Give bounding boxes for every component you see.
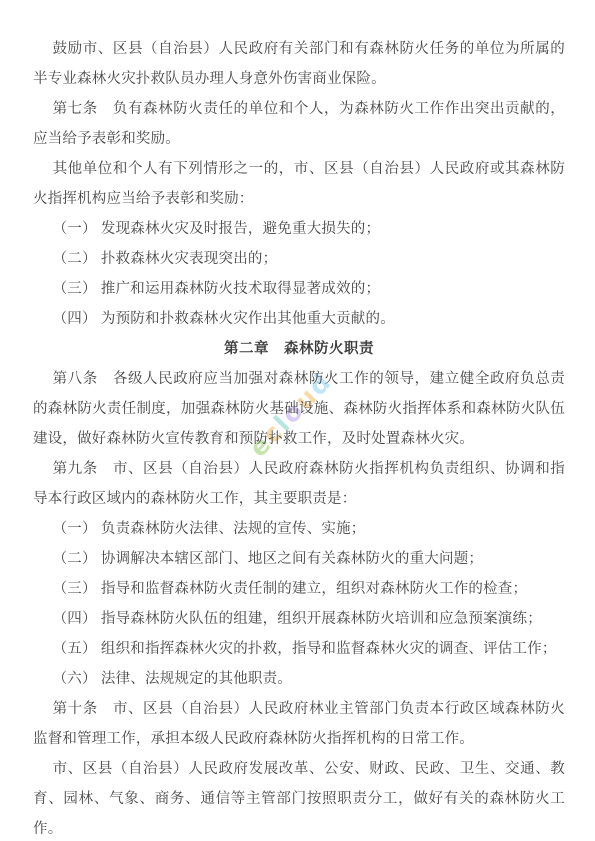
list-item: （四） 为预防和扑救森林火灾作出其他重大贡献的。 <box>33 304 565 334</box>
list-item: （一） 负责森林防火法律、法规的宣传、实施； <box>33 514 565 544</box>
list-item: （二） 扑救森林火灾表现突出的； <box>33 244 565 274</box>
paragraph: 第九条 市、区县（自治县）人民政府森林防火指挥机构负责组织、协调和指导本行政区域… <box>33 454 565 514</box>
list-item: （二） 协调解决本辖区部门、地区之间有关森林防火的重大问题； <box>33 544 565 574</box>
chapter-heading: 第二章 森林防火职责 <box>33 334 565 364</box>
paragraph: 第七条 负有森林防火责任的单位和个人，为森林防火工作作出突出贡献的，应当给予表彰… <box>33 94 565 154</box>
content-area: 鼓励市、区县（自治县）人民政府有关部门和有森林防火任务的单位为所属的半专业森林火… <box>0 0 595 841</box>
list-item: （三） 指导和监督森林防火责任制的建立，组织对森林防火工作的检查； <box>33 574 565 604</box>
paragraph: 市、区县（自治县）人民政府发展改革、公安、财政、民政、卫生、交通、教育、园林、气… <box>33 754 565 841</box>
list-item: （六） 法律、法规规定的其他职责。 <box>33 664 565 694</box>
paragraph: 第十条 市、区县（自治县）人民政府林业主管部门负责本行政区域森林防火监督和管理工… <box>33 694 565 754</box>
list-item: （三） 推广和运用森林防火技术取得显著成效的； <box>33 274 565 304</box>
paragraph: 其他单位和个人有下列情形之一的，市、区县（自治县）人民政府或其森林防火指挥机构应… <box>33 154 565 214</box>
list-item: （四） 指导森林防火队伍的组建，组织开展森林防火培训和应急预案演练； <box>33 604 565 634</box>
paragraph: 鼓励市、区县（自治县）人民政府有关部门和有森林防火任务的单位为所属的半专业森林火… <box>33 34 565 94</box>
list-item: （五） 组织和指挥森林火灾的扑救，指导和监督森林火灾的调查、评估工作； <box>33 634 565 664</box>
document-page: ecloud 鼓励市、区县（自治县）人民政府有关部门和有森林防火任务的单位为所属… <box>0 0 595 841</box>
paragraph: 第八条 各级人民政府应当加强对森林防火工作的领导，建立健全政府负总责的森林防火责… <box>33 364 565 454</box>
list-item: （一） 发现森林火灾及时报告，避免重大损失的； <box>33 214 565 244</box>
